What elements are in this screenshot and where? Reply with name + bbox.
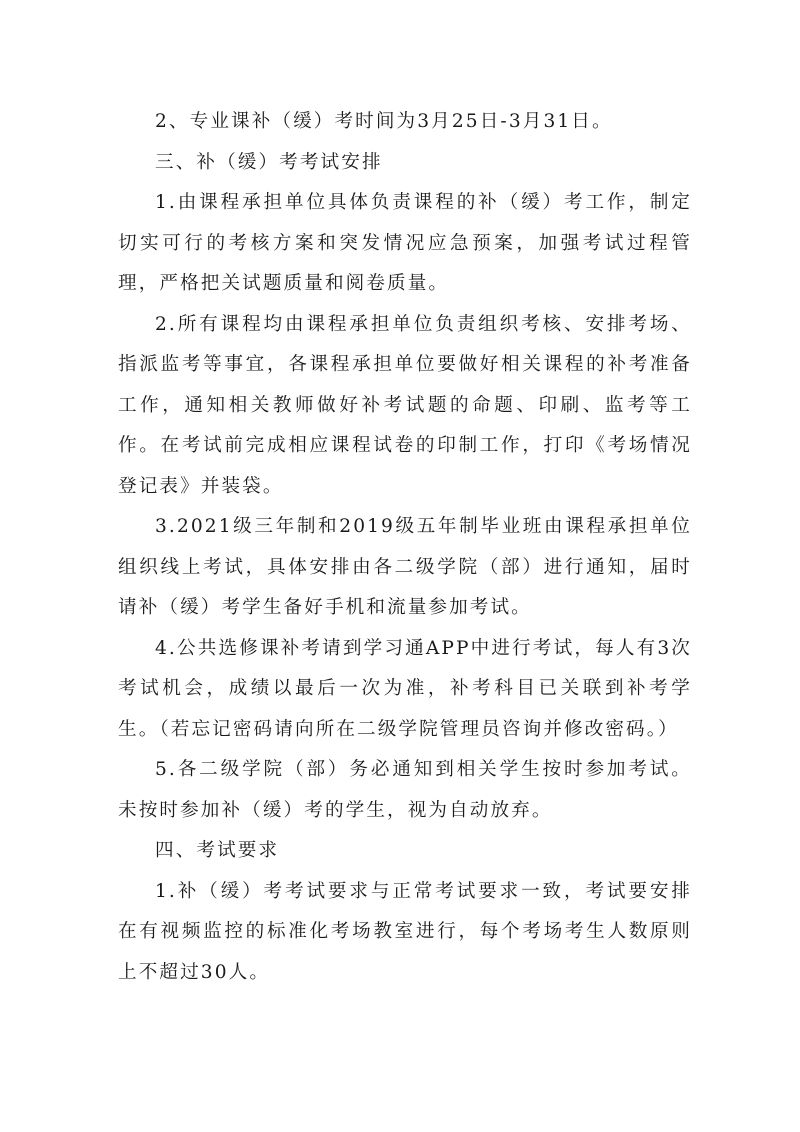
arrangement-item-4: 4.公共选修课补考请到学习通APP中进行考试，每人有3次考试机会，成绩以最后一次… [118,629,692,751]
section-heading-exam-arrangement: 三、补（缓）考考试安排 [118,143,692,184]
requirement-item-1: 1.补（缓）考考试要求与正常考试要求一致，考试要安排在有视频监控的标准化考场教室… [118,872,692,994]
arrangement-item-1: 1.由课程承担单位具体负责课程的补（缓）考工作，制定切实可行的考核方案和突发情况… [118,183,692,305]
arrangement-item-3: 3.2021级三年制和2019级五年制毕业班由课程承担单位组织线上考试，具体安排… [118,507,692,629]
section-heading-exam-requirements: 四、考试要求 [118,831,692,872]
exam-time-paragraph: 2、专业课补（缓）考时间为3月25日-3月31日。 [118,102,692,143]
arrangement-item-5: 5.各二级学院（部）务必通知到相关学生按时参加考试。未按时参加补（缓）考的学生，… [118,750,692,831]
document-page: 2、专业课补（缓）考时间为3月25日-3月31日。 三、补（缓）考考试安排 1.… [118,102,692,993]
arrangement-item-2: 2.所有课程均由课程承担单位负责组织考核、安排考场、指派监考等事宜，各课程承担单… [118,305,692,508]
